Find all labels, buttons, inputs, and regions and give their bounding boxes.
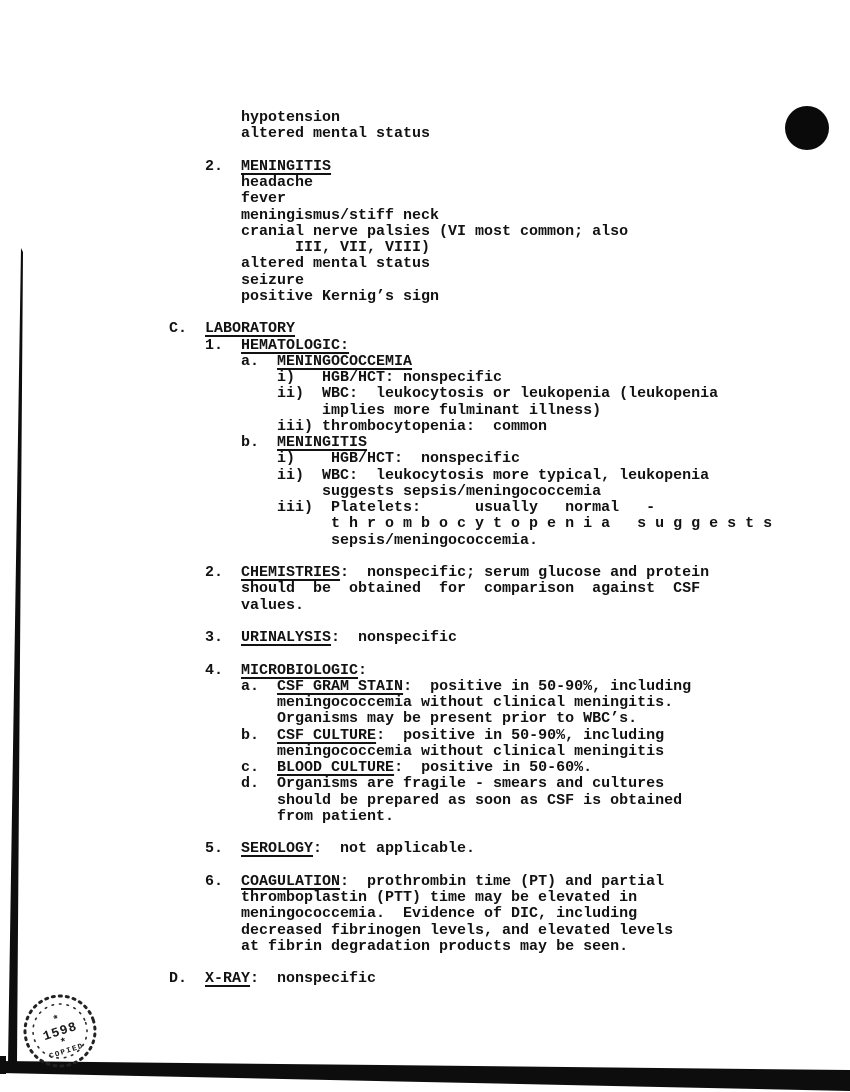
scan-artifacts-layer: * 1598 * COPIED bbox=[0, 0, 850, 1092]
scan-edge-corner bbox=[0, 1056, 6, 1074]
hole-punch-mark bbox=[785, 106, 829, 150]
scanned-document-page: hypotension altered mental status 2. MEN… bbox=[0, 0, 850, 1092]
page-edge-line bbox=[8, 248, 23, 1063]
scan-edge-bar bbox=[0, 1061, 850, 1091]
